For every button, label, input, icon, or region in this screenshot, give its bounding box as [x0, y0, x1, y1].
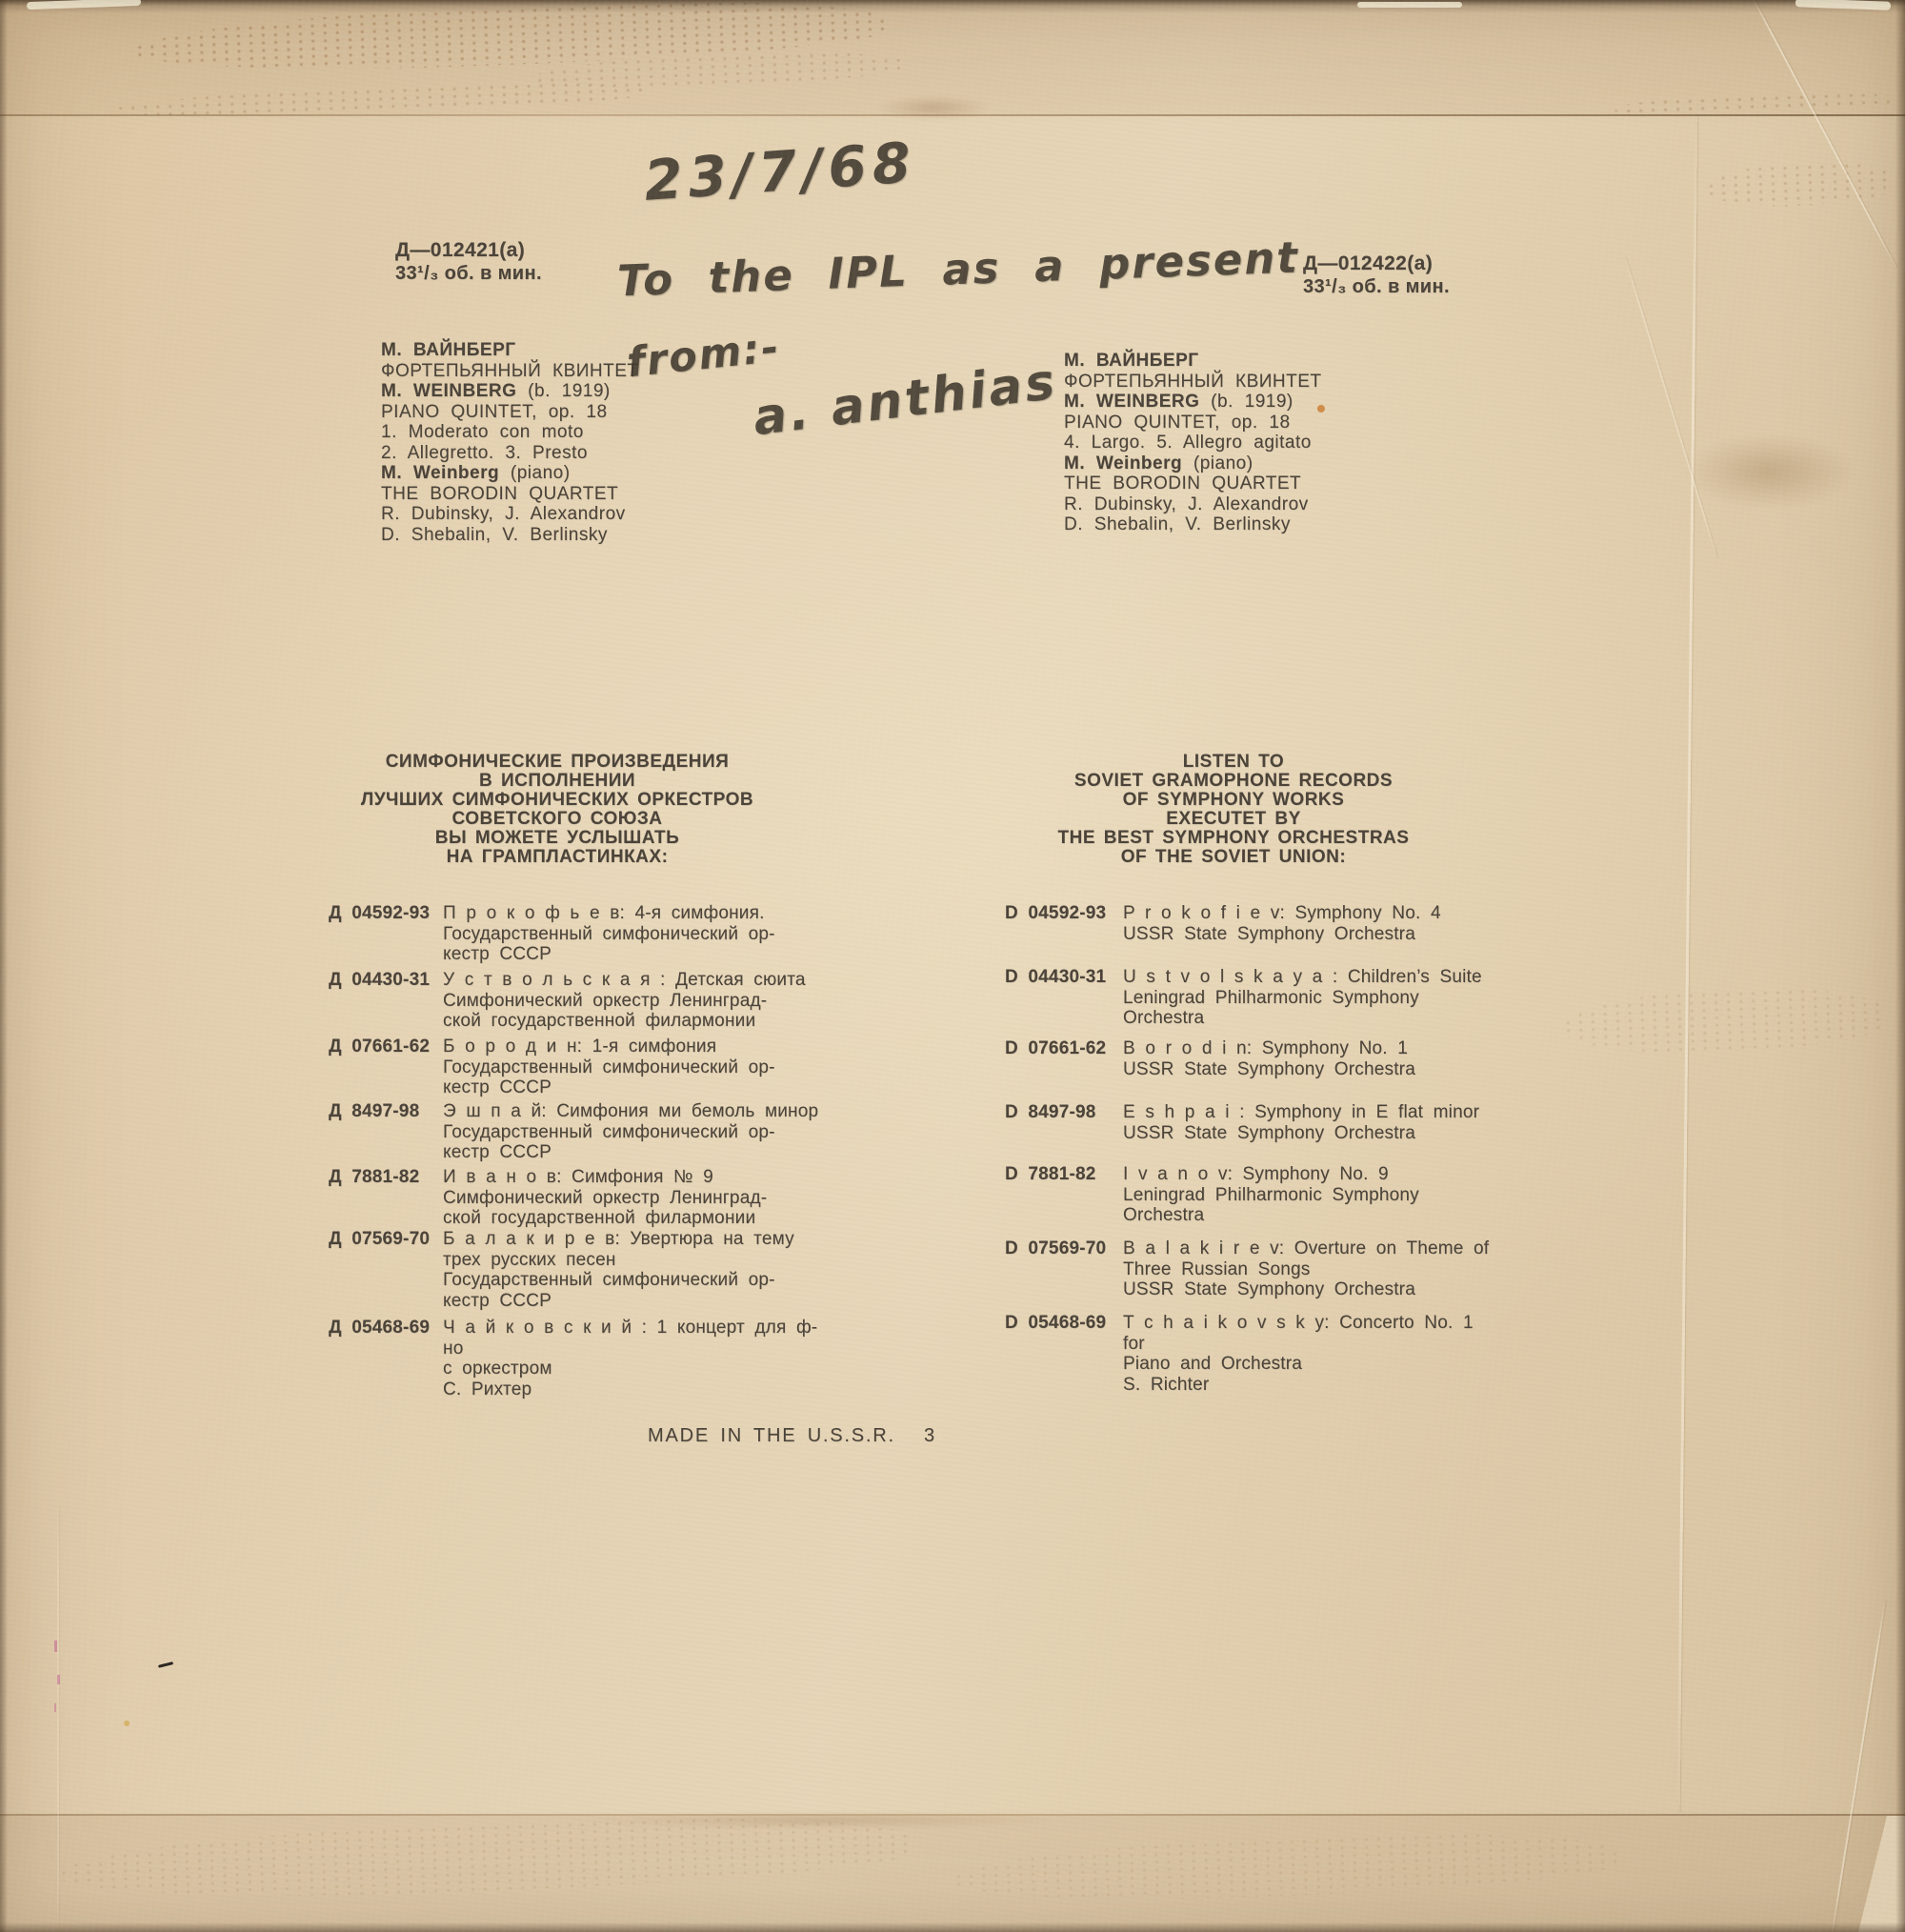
credit-line: 4. Largo. 5. Allegro agitato — [1064, 433, 1322, 453]
side-b-catalog-number: Д—012422(а) — [1303, 252, 1450, 275]
credit-line: М. ВАЙНБЕРГ — [381, 340, 639, 361]
credit-line: M. Weinberg (piano) — [381, 463, 639, 484]
yellow-spot — [124, 1721, 130, 1726]
crease-right — [1624, 257, 1717, 558]
credit-text: 4. Largo. 5. Allegro agitato — [1064, 433, 1312, 453]
record-description: P r o k o f i e v: Symphony No. 4 USSR S… — [1123, 903, 1441, 944]
record-item-en-4: D 8497-98 E s h p a i : Symphony in E fl… — [1005, 1102, 1500, 1143]
made-in-ussr-label: MADE IN THE U.S.S.R. — [648, 1425, 895, 1447]
credit-line: М. ВАЙНБЕРГ — [1064, 351, 1322, 372]
pink-mark-3 — [54, 1703, 56, 1712]
side-b-speed: 33¹/₃ об. в мин. — [1303, 275, 1450, 299]
credit-line: 1. Moderato con moto — [381, 422, 639, 443]
credit-line: PIANO QUINTET, op. 18 — [381, 402, 639, 423]
record-item-ru-2: Д 04430-31 У с т в о л ь с к а я : Детск… — [329, 970, 824, 1032]
record-description: И в а н о в: Симфония № 9 Симфонический … — [443, 1167, 767, 1229]
side-a-label: Д—012421(а) 33¹/₃ об. в мин. — [395, 238, 542, 286]
credit-text: ФОРТЕПЬЯННЫЙ КВИНТЕТ — [1064, 372, 1322, 392]
record-item-en-2: D 04430-31 U s t v o l s k a y a : Child… — [1005, 967, 1500, 1029]
record-sleeve-scan: Д—012421(а) 33¹/₃ об. в мин. Д—012422(а)… — [0, 0, 1905, 1932]
credit-text: 2. Allegretto. 3. Presto — [381, 443, 588, 463]
side-b-credits: М. ВАЙНБЕРГ ФОРТЕПЬЯННЫЙ КВИНТЕТ M. WEIN… — [1064, 351, 1322, 535]
record-description: П р о к о ф ь е в: 4-я симфония. Государ… — [443, 903, 775, 965]
credit-line: D. Shebalin, V. Berlinsky — [381, 525, 639, 546]
record-item-en-1: D 04592-93 P r o k o f i e v: Symphony N… — [1005, 903, 1500, 944]
record-description: Б а л а к и р е в: Увертюра на тему трех… — [443, 1229, 794, 1311]
stain-speckles-right-middle — [1561, 985, 1887, 1057]
handwritten-from: from:- — [625, 324, 783, 388]
credit-line: THE BORODIN QUARTET — [381, 484, 639, 505]
credit-text: (piano) — [499, 463, 570, 483]
crease-left-bottom — [57, 1505, 59, 1932]
pen-mark — [158, 1661, 173, 1668]
credit-line: THE BORODIN QUARTET — [1064, 473, 1322, 494]
side-a-credits: М. ВАЙНБЕРГ ФОРТЕПЬЯННЫЙ КВИНТЕТ M. WEIN… — [381, 340, 639, 545]
catalog-number: Д 05468-69 — [329, 1318, 435, 1399]
catalog-number: D 8497-98 — [1005, 1102, 1115, 1143]
credit-bold: M. WEINBERG — [381, 381, 516, 401]
credit-text: D. Shebalin, V. Berlinsky — [381, 525, 608, 545]
credit-text: ФОРТЕПЬЯННЫЙ КВИНТЕТ — [381, 361, 639, 381]
credit-text: 1. Moderato con moto — [381, 422, 584, 442]
record-item-en-3: D 07661-62 B o r o d i n: Symphony No. 1… — [1005, 1038, 1500, 1079]
record-item-en-6: D 07569-70 B a l a k i r e v: Overture o… — [1005, 1238, 1500, 1300]
catalog-number: Д 7881-82 — [329, 1167, 435, 1229]
credit-text: THE BORODIN QUARTET — [1064, 473, 1301, 493]
record-description: У с т в о л ь с к а я : Детская сюита Си… — [443, 970, 806, 1032]
record-description: Э ш п а й: Симфония ми бемоль минор Госу… — [443, 1101, 818, 1163]
record-item-en-7: D 05468-69 T c h a i k o v s k y: Concer… — [1005, 1313, 1500, 1395]
credit-bold: M. Weinberg — [381, 463, 499, 483]
record-description: U s t v o l s k a y a : Children’s Suite… — [1123, 967, 1482, 1029]
dark-right-edge — [1895, 0, 1905, 1932]
credit-line: M. Weinberg (piano) — [1064, 453, 1322, 474]
credit-text: D. Shebalin, V. Berlinsky — [1064, 514, 1291, 534]
catalog-number: Д 8497-98 — [329, 1101, 435, 1163]
record-item-ru-1: Д 04592-93 П р о к о ф ь е в: 4-я симфон… — [329, 903, 824, 965]
credit-text: (b. 1919) — [1199, 392, 1293, 412]
record-item-ru-6: Д 07569-70 Б а л а к и р е в: Увертюра н… — [329, 1229, 824, 1311]
record-item-ru-3: Д 07661-62 Б о р о д и н: 1-я симфония Г… — [329, 1036, 824, 1098]
credit-text: (piano) — [1182, 453, 1253, 473]
catalog-number: Д 04592-93 — [329, 903, 435, 965]
record-description: E s h p a i : Symphony in E flat minor U… — [1123, 1102, 1479, 1143]
credit-bold: М. ВАЙНБЕРГ — [1064, 351, 1199, 371]
credit-line: M. WEINBERG (b. 1919) — [1064, 392, 1322, 413]
page-number: 3 — [924, 1425, 934, 1447]
credit-text: PIANO QUINTET, op. 18 — [1064, 413, 1291, 433]
stain-speckles-right — [1704, 161, 1895, 210]
torn-edge-highlight-2 — [1357, 2, 1462, 8]
credit-line: R. Dubinsky, J. Alexandrov — [381, 504, 639, 525]
handwritten-date: 23/7/68 — [642, 130, 918, 213]
catalog-number: D 07569-70 — [1005, 1238, 1115, 1300]
credit-text: THE BORODIN QUARTET — [381, 484, 618, 504]
credit-line: ФОРТЕПЬЯННЫЙ КВИНТЕТ — [1064, 372, 1322, 392]
credit-line: ФОРТЕПЬЯННЫЙ КВИНТЕТ — [381, 361, 639, 382]
record-description: I v a n o v: Symphony No. 9 Leningrad Ph… — [1123, 1164, 1419, 1226]
catalog-number: D 07661-62 — [1005, 1038, 1115, 1079]
credit-bold: M. Weinberg — [1064, 453, 1182, 473]
smudge-right — [1684, 433, 1855, 510]
dark-left-edge — [0, 0, 8, 1932]
catalog-number: Д 07661-62 — [329, 1036, 435, 1098]
record-item-ru-5: Д 7881-82 И в а н о в: Симфония № 9 Симф… — [329, 1167, 824, 1229]
record-description: T c h a i k o v s k y: Concerto No. 1 fo… — [1123, 1313, 1500, 1395]
record-description: B a l a k i r e v: Overture on Theme of … — [1123, 1238, 1489, 1300]
credit-line: PIANO QUINTET, op. 18 — [1064, 413, 1322, 433]
credit-text: R. Dubinsky, J. Alexandrov — [381, 504, 626, 524]
catalog-heading-en: LISTEN TO SOVIET GRAMOPHONE RECORDS OF S… — [1005, 753, 1462, 867]
catalog-number: Д 04430-31 — [329, 970, 435, 1032]
pink-mark-2 — [57, 1675, 60, 1684]
catalog-heading-ru: СИМФОНИЧЕСКИЕ ПРОИЗВЕДЕНИЯ В ИСПОЛНЕНИИ … — [305, 753, 810, 867]
credit-text: PIANO QUINTET, op. 18 — [381, 402, 608, 422]
dark-bottom-edge — [0, 1922, 1905, 1932]
credit-bold: M. WEINBERG — [1064, 392, 1199, 412]
record-description: Б о р о д и н: 1-я симфония Государствен… — [443, 1036, 775, 1098]
credit-line: M. WEINBERG (b. 1919) — [381, 381, 639, 402]
catalog-number: D 05468-69 — [1005, 1313, 1115, 1395]
side-a-catalog-number: Д—012421(а) — [395, 238, 542, 262]
handwritten-dedication: To the IPL as a present — [616, 232, 1299, 307]
credit-bold: М. ВАЙНБЕРГ — [381, 340, 516, 360]
record-item-en-5: D 7881-82 I v a n o v: Symphony No. 9 Le… — [1005, 1164, 1500, 1226]
dark-top-edge — [0, 0, 1905, 13]
record-description: Ч а й к о в с к и й : 1 концерт для ф-но… — [443, 1318, 824, 1399]
handwritten-signature: a. anthias — [751, 353, 1061, 448]
credit-line: 2. Allegretto. 3. Presto — [381, 443, 639, 464]
pink-mark-1 — [54, 1640, 57, 1652]
catalog-number: D 04430-31 — [1005, 967, 1115, 1029]
side-a-speed: 33¹/₃ об. в мин. — [395, 262, 542, 286]
credit-line: D. Shebalin, V. Berlinsky — [1064, 514, 1322, 535]
catalog-number: D 04592-93 — [1005, 903, 1115, 944]
credit-text: (b. 1919) — [516, 381, 610, 401]
smudge-bottom-seam — [571, 1812, 1067, 1829]
catalog-number: D 7881-82 — [1005, 1164, 1115, 1226]
credit-text: R. Dubinsky, J. Alexandrov — [1064, 494, 1309, 514]
record-item-ru-7: Д 05468-69 Ч а й к о в с к и й : 1 конце… — [329, 1318, 824, 1399]
record-item-ru-4: Д 8497-98 Э ш п а й: Симфония ми бемоль … — [329, 1101, 824, 1163]
record-description: B o r o d i n: Symphony No. 1 USSR State… — [1123, 1038, 1415, 1079]
vertical-fold-crease — [1677, 116, 1698, 1812]
side-b-label: Д—012422(а) 33¹/₃ об. в мин. — [1303, 252, 1450, 299]
catalog-number: Д 07569-70 — [329, 1229, 435, 1311]
credit-line: R. Dubinsky, J. Alexandrov — [1064, 494, 1322, 515]
smudge-seam — [876, 95, 991, 120]
